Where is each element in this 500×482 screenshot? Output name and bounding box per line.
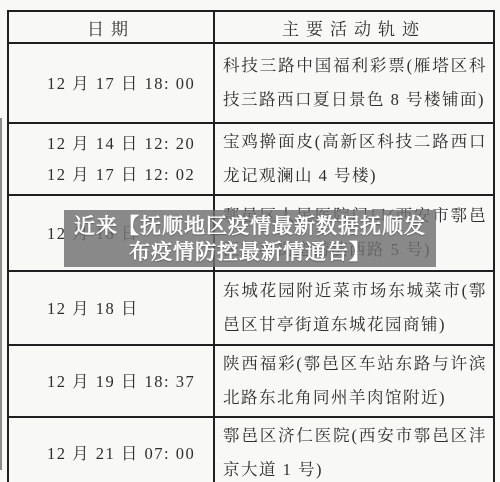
watermark-text-line1: 近来【抚顺地区疫情最新数据抚顺发: [64, 214, 436, 240]
date-cell: 12 月 19 日 18: 37: [8, 345, 214, 417]
date-text: 12 月 18 日: [47, 293, 212, 324]
table-row: 12 月 17 日 18: 00 科技三路中国福利彩票(雁塔区科技三路西口夏日景…: [8, 43, 494, 123]
track-cell: 鄠邑区济仁医院(西安市鄠邑区沣京大道 1 号): [214, 417, 494, 482]
track-cell: 陕西福彩(鄠邑区车站东路与许滨北路东北角同州羊肉馆附近): [214, 345, 494, 417]
table-row: 12 月 18 日 东城花园附近菜市场东城菜市(鄠邑区甘亭街道东城花园商铺): [8, 271, 494, 345]
track-cell: 东城花园附近菜市场东城菜市(鄠邑区甘亭街道东城花园商铺): [214, 271, 494, 345]
header-date: 日期: [8, 11, 214, 43]
date-text: 12 月 17 日 18: 00: [47, 68, 212, 99]
date-cell: 12 月 18 日: [8, 271, 214, 345]
date-cell: 12 月 21 日 07: 00: [8, 417, 214, 482]
watermark-overlay: 近来【抚顺地区疫情最新数据抚顺发 布疫情防控最新情通告】: [64, 210, 436, 267]
header-track: 主要活动轨迹: [214, 11, 494, 43]
date-text: 12 月 14 日 12: 20: [47, 128, 212, 159]
track-cell: 宝鸡擀面皮(高新区科技二路西口龙记观澜山 4 号楼): [214, 123, 494, 195]
track-cell: 科技三路中国福利彩票(雁塔区科技三路西口夏日景色 8 号楼铺面): [214, 43, 494, 123]
scanned-trace-notice: 日期 主要活动轨迹 12 月 17 日 18: 00 科技三路中国福利彩票(雁塔…: [0, 0, 500, 482]
table-row: 12 月 21 日 07: 00 鄠邑区济仁医院(西安市鄠邑区沣京大道 1 号): [8, 417, 494, 482]
date-text: 12 月 19 日 18: 37: [47, 366, 212, 397]
watermark-text-line2: 布疫情防控最新情通告】: [64, 240, 436, 266]
table-row: 12 月 14 日 12: 20 12 月 17 日 12: 02 宝鸡擀面皮(…: [8, 123, 494, 195]
table-header-row: 日期 主要活动轨迹: [8, 11, 494, 43]
date-cell: 12 月 17 日 18: 00: [8, 43, 214, 123]
table-row: 12 月 19 日 18: 37 陕西福彩(鄠邑区车站东路与许滨北路东北角同州羊…: [8, 345, 494, 417]
date-cell: 12 月 14 日 12: 20 12 月 17 日 12: 02: [8, 123, 214, 195]
scan-artifact-line: [0, 118, 2, 470]
date-text: 12 月 17 日 12: 02: [47, 159, 212, 190]
date-text: 12 月 21 日 07: 00: [47, 438, 212, 469]
